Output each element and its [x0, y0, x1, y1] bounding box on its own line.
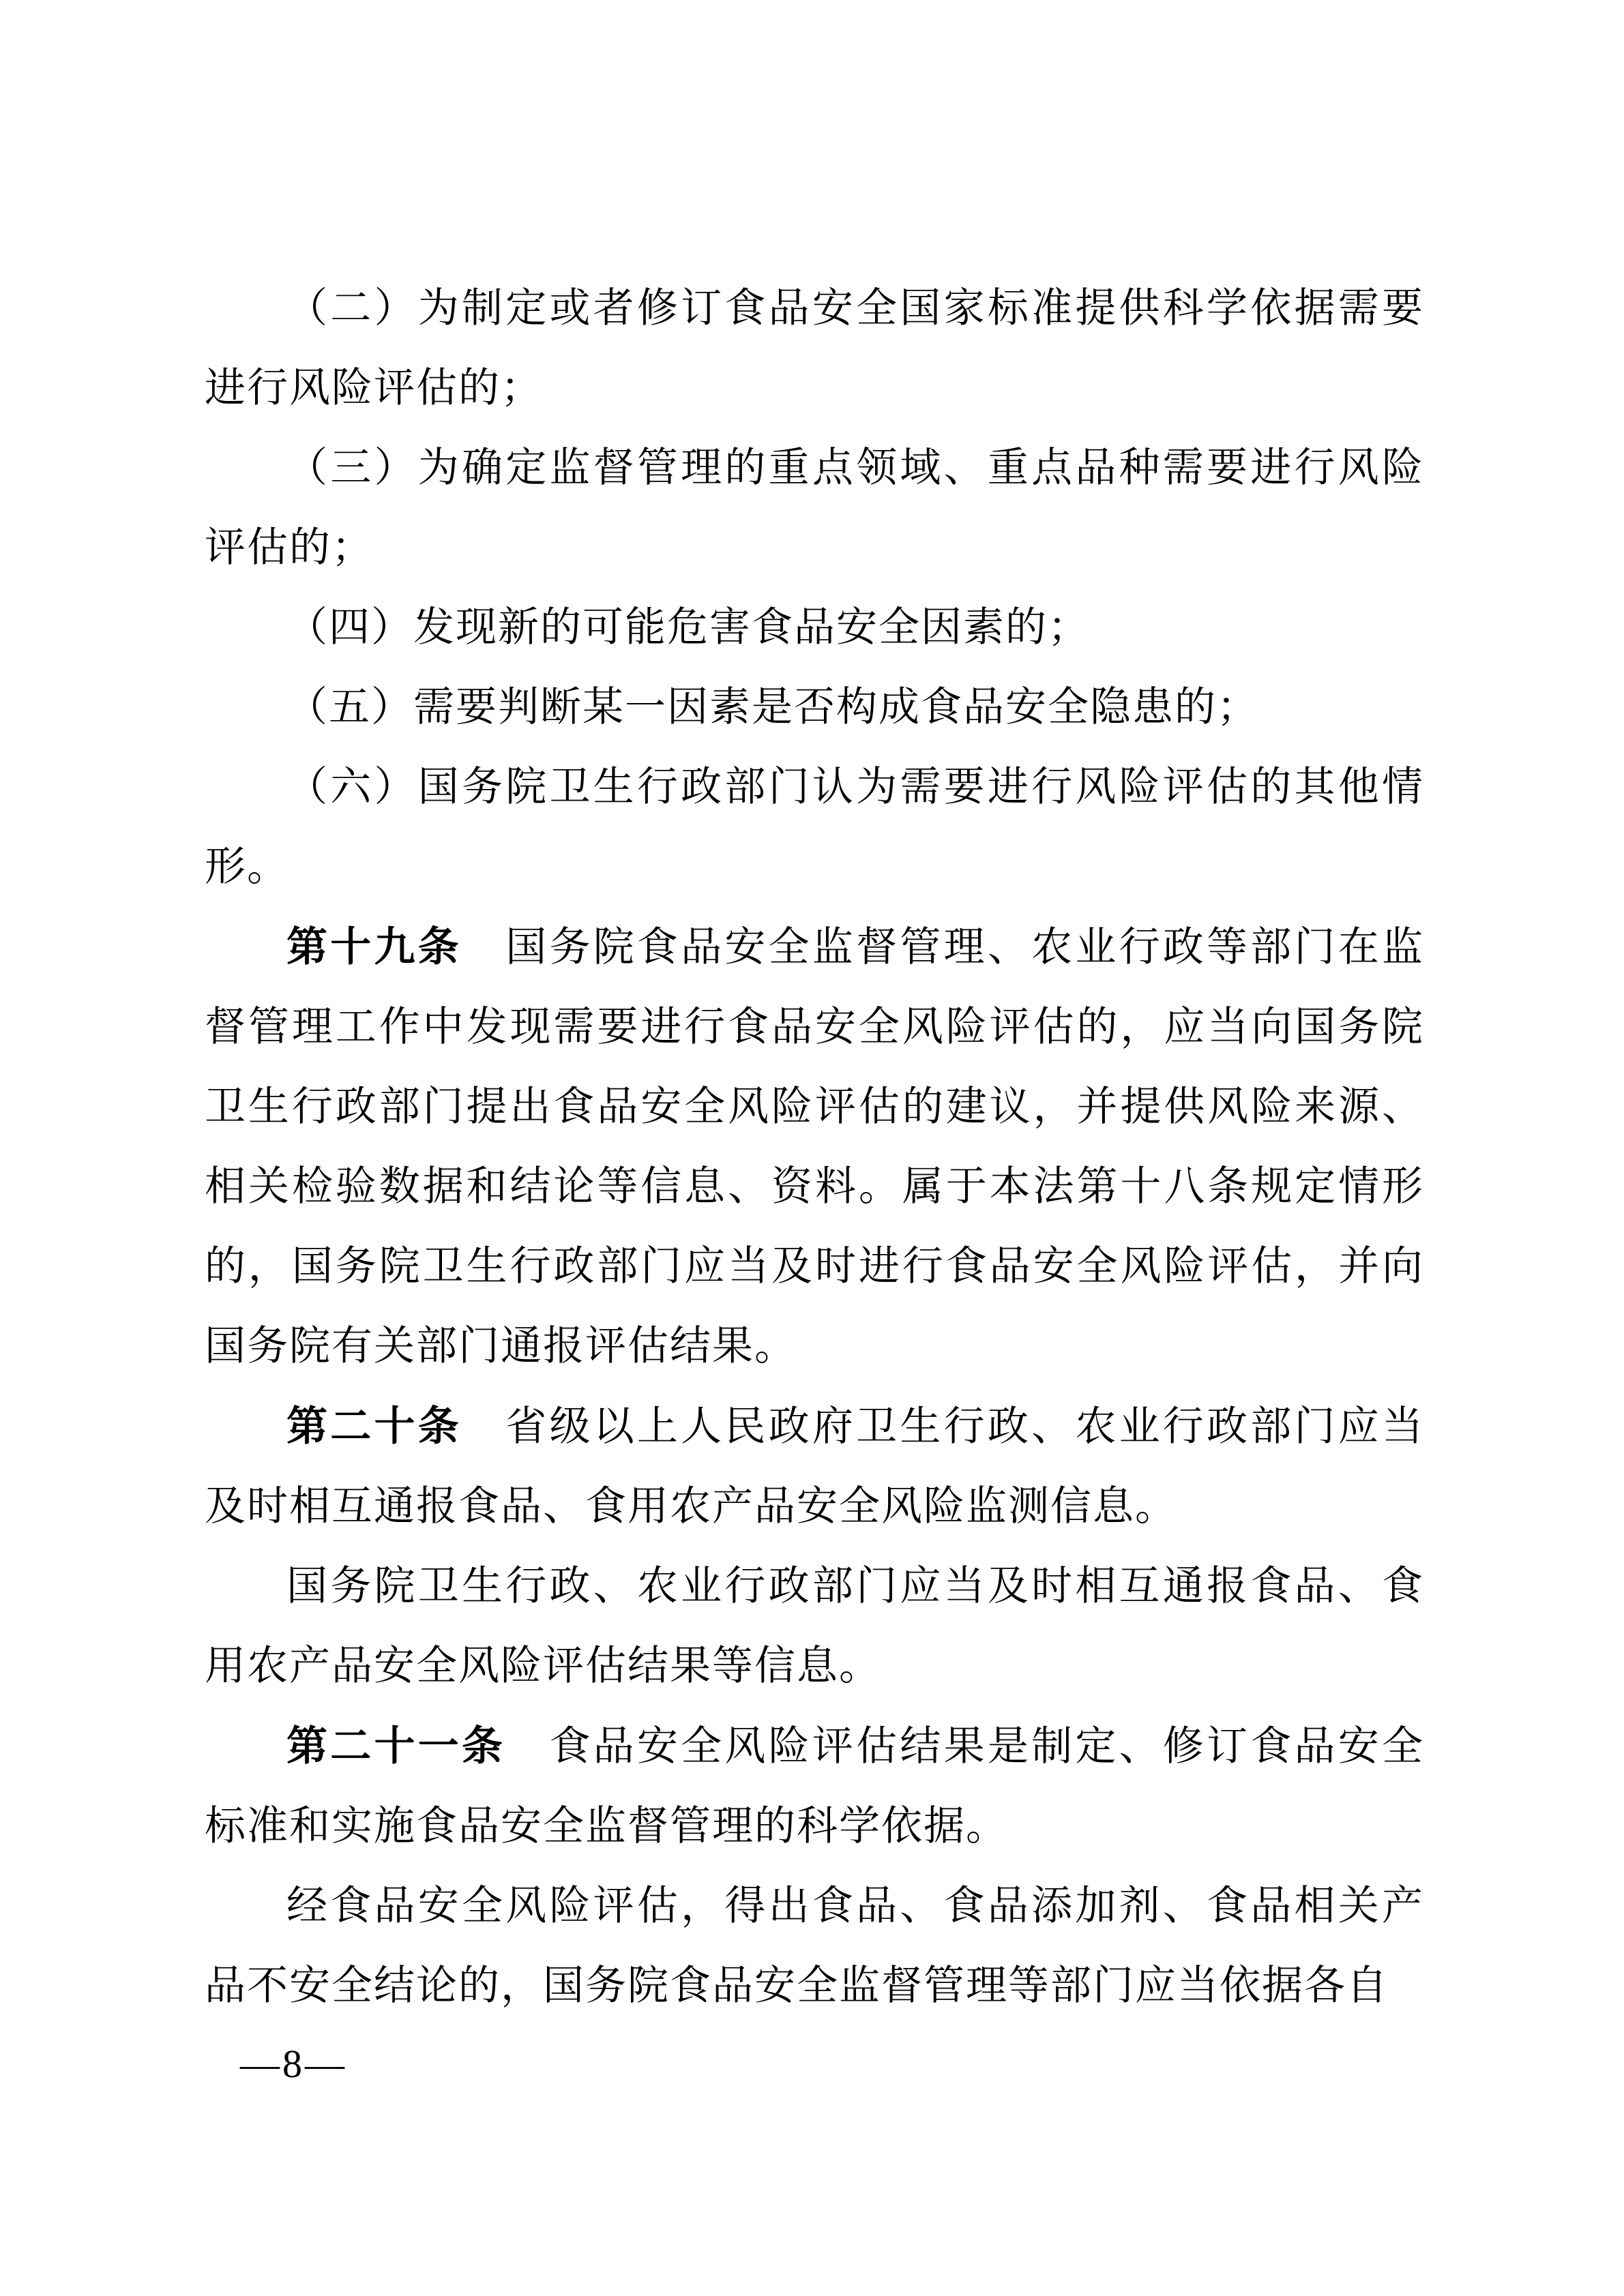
- paragraph-text: （五）需要判断某一因素是否构成食品安全隐患的；: [286, 685, 1259, 730]
- paragraph: （二）为制定或者修订食品安全国家标准提供科学依据需要进行风险评估的；: [205, 269, 1424, 428]
- page-number: —8—: [240, 2043, 347, 2085]
- paragraph: （五）需要判断某一因素是否构成食品安全隐患的；: [205, 668, 1424, 747]
- paragraph-text: 国务院卫生行政、农业行政部门应当及时相互通报食品、食用农产品安全风险评估结果等信…: [205, 1564, 1424, 1688]
- paragraph: （三）为确定监督管理的重点领域、重点品种需要进行风险评估的；: [205, 428, 1424, 588]
- paragraph-text: 经食品安全风险评估，得出食品、食品添加剂、食品相关产品不安全结论的，国务院食品安…: [205, 1883, 1424, 2008]
- paragraph-text: （六）国务院卫生行政部门认为需要进行风险评估的其他情形。: [205, 764, 1424, 889]
- paragraph: （四）发现新的可能危害食品安全因素的；: [205, 588, 1424, 668]
- article-number: 第十九条: [286, 924, 462, 970]
- paragraph-text: （三）为确定监督管理的重点领域、重点品种需要进行风险评估的；: [205, 445, 1424, 570]
- document-page: （二）为制定或者修订食品安全国家标准提供科学依据需要进行风险评估的；（三）为确定…: [0, 0, 1624, 2296]
- article-number: 第二十一条: [286, 1723, 505, 1769]
- paragraph: 经食品安全风险评估，得出食品、食品添加剂、食品相关产品不安全结论的，国务院食品安…: [205, 1866, 1424, 2026]
- paragraph: 国务院卫生行政、农业行政部门应当及时相互通报食品、食用农产品安全风险评估结果等信…: [205, 1547, 1424, 1706]
- paragraph: 第二十一条 食品安全风险评估结果是制定、修订食品安全标准和实施食品安全监督管理的…: [205, 1706, 1424, 1866]
- paragraph-text: 国务院食品安全监督管理、农业行政等部门在监督管理工作中发现需要进行食品安全风险评…: [205, 925, 1424, 1369]
- paragraph-text: （二）为制定或者修订食品安全国家标准提供科学依据需要进行风险评估的；: [205, 286, 1424, 411]
- paragraph: （六）国务院卫生行政部门认为需要进行风险评估的其他情形。: [205, 747, 1424, 907]
- article-number: 第二十条: [286, 1403, 462, 1449]
- document-body: （二）为制定或者修订食品安全国家标准提供科学依据需要进行风险评估的；（三）为确定…: [205, 269, 1424, 2026]
- paragraph-text: （四）发现新的可能危害食品安全因素的；: [286, 605, 1090, 650]
- paragraph: 第二十条 省级以上人民政府卫生行政、农业行政部门应当及时相互通报食品、食用农产品…: [205, 1386, 1424, 1547]
- paragraph: 第十九条 国务院食品安全监督管理、农业行政等部门在监督管理工作中发现需要进行食品…: [205, 907, 1424, 1386]
